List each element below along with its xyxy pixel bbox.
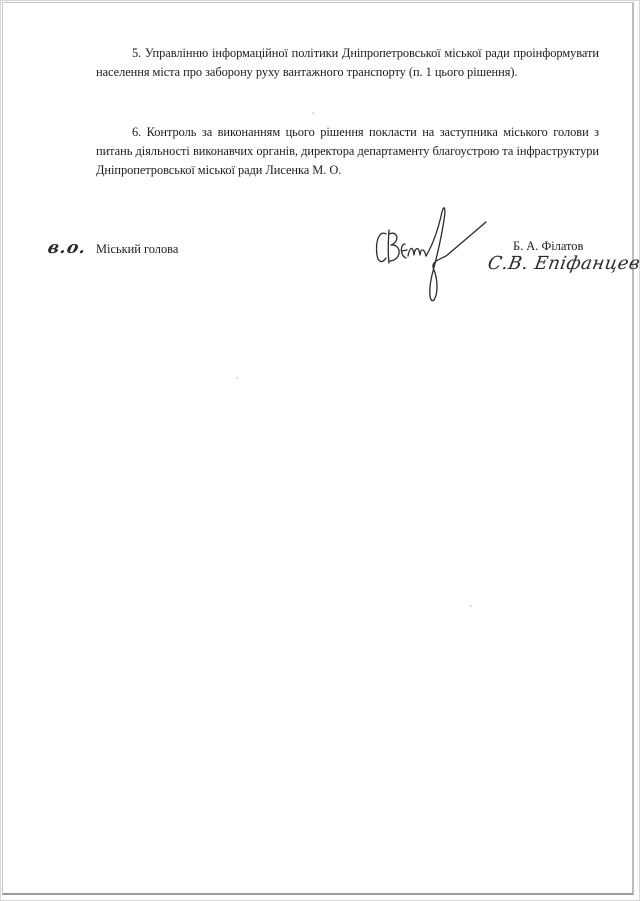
paragraph-6: 6. Контроль за виконанням цього рішення … [96, 123, 599, 180]
scan-speck [236, 377, 238, 379]
scan-speck [470, 605, 472, 607]
handwritten-signature-icon [372, 200, 492, 310]
mayor-title: Міський голова [96, 242, 178, 257]
handwritten-signer-name: С.В. Епіфанцева [486, 253, 640, 274]
scan-speck [312, 112, 314, 114]
handwritten-acting-prefix: в.о. [46, 238, 89, 258]
signer-printed-name: Б. А. Філатов [513, 239, 583, 254]
paragraph-5: 5. Управлінню інформаційної політики Дні… [96, 44, 599, 82]
signature-block: в.о. Міський голова Б. А. Філатов С.В. Е… [0, 200, 640, 310]
